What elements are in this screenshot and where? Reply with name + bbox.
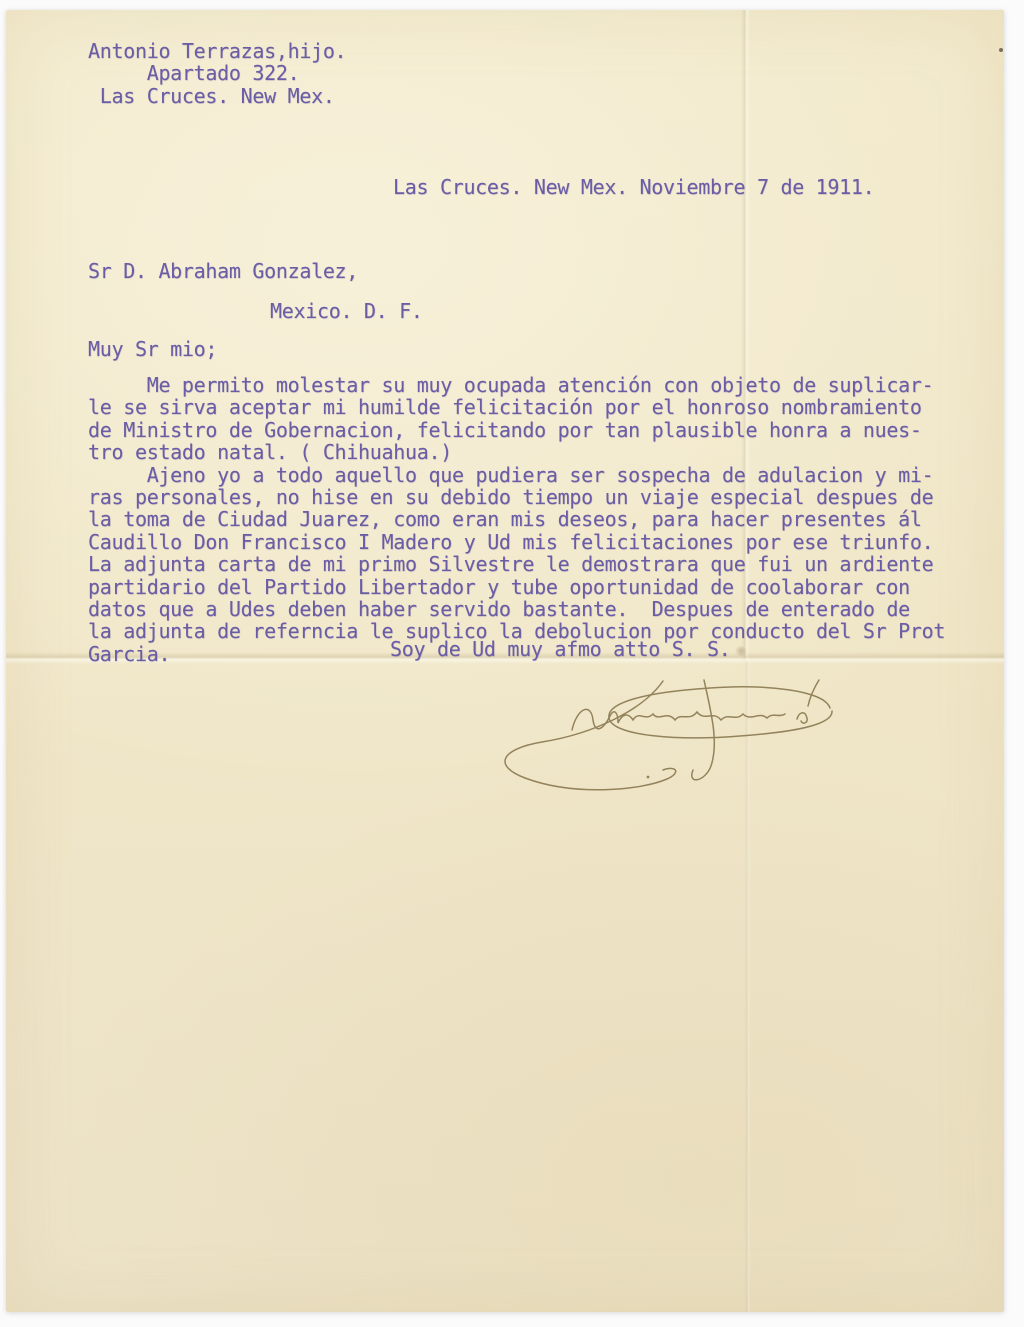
salutation: Muy Sr mio; [88, 338, 217, 360]
recipient-name: Sr D. Abraham Gonzalez, [88, 260, 358, 282]
dateline: Las Cruces. New Mex. Noviembre 7 de 1911… [393, 176, 874, 198]
scanned-letter-page: { "colors": { "paper": "#f0e6c7", "typew… [0, 0, 1024, 1327]
letter-body: Me permito molestar su muy ocupada atenc… [88, 374, 945, 665]
closing-line: Soy de Ud muy afmo atto S. S. [390, 638, 731, 660]
signature-name-scrawl [572, 709, 807, 730]
signature-flourish-dot [647, 776, 650, 779]
letter-paper: Antonio Terrazas,hijo. Apartado 322. Las… [6, 10, 1004, 1312]
ink-speck [999, 48, 1003, 52]
signature-oval-loop [609, 687, 832, 738]
sender-address-block: Antonio Terrazas,hijo. Apartado 322. Las… [88, 40, 346, 107]
recipient-place: Mexico. D. F. [270, 300, 423, 322]
signature-descender-stroke [692, 680, 715, 780]
signature-accent-stroke [808, 680, 819, 706]
handwritten-signature [480, 678, 890, 818]
